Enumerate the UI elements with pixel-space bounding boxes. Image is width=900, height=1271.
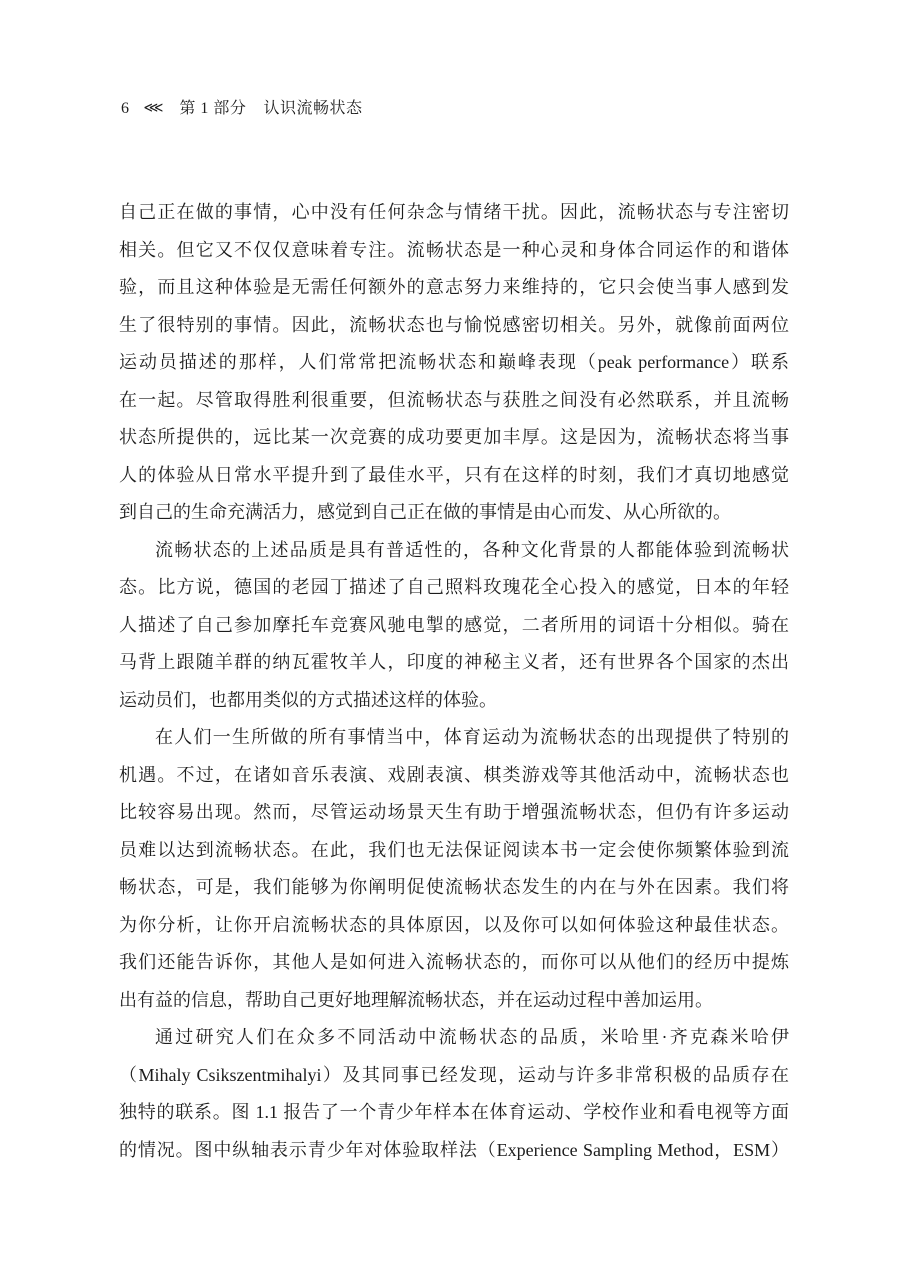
text-line: 在人们一生所做的所有事情当中，体育运动为流畅状态的出现提供了特别的 [119,719,789,757]
text-line: 到自己的生命充满活力，感觉到自己正在做的事情是由心而发、从心所欲的。 [119,494,789,532]
text-line: 通过研究人们在众多不同活动中流畅状态的品质，米哈里·齐克森米哈伊 [119,1019,789,1057]
paragraph-4: 通过研究人们在众多不同活动中流畅状态的品质，米哈里·齐克森米哈伊 （Mihaly… [119,1019,789,1169]
text-line: 流畅状态的上述品质是具有普适性的，各种文化背景的人都能体验到流畅状 [119,532,789,570]
text-line: 我们还能告诉你，其他人是如何进入流畅状态的，而你可以从他们的经历中提炼 [119,944,789,982]
text-line: 态。比方说，德国的老园丁描述了自己照料玫瑰花全心投入的感觉，日本的年轻 [119,569,789,607]
text-line: 出有益的信息，帮助自己更好地理解流畅状态，并在运动过程中善加运用。 [119,982,789,1020]
text-line: 人描述了自己参加摩托车竞赛风驰电掣的感觉，二者所用的词语十分相似。骑在 [119,607,789,645]
text-line: 员难以达到流畅状态。在此，我们也无法保证阅读本书一定会使你频繁体验到流 [119,832,789,870]
text-line: 人的体验从日常水平提升到了最佳水平，只有在这样的时刻，我们才真切地感觉 [119,457,789,495]
text-line: 畅状态，可是，我们能够为你阐明促使流畅状态发生的内在与外在因素。我们将 [119,869,789,907]
paragraph-1: 自己正在做的事情，心中没有任何杂念与情绪干扰。因此，流畅状态与专注密切 相关。但… [119,194,789,532]
paragraph-3: 在人们一生所做的所有事情当中，体育运动为流畅状态的出现提供了特别的 机遇。不过，… [119,719,789,1019]
text-line: 比较容易出现。然而，尽管运动场景天生有助于增强流畅状态，但仍有许多运动 [119,794,789,832]
text-line: 在一起。尽管取得胜利很重要，但流畅状态与获胜之间没有必然联系，并且流畅 [119,382,789,420]
part-title: 认识流畅状态 [263,95,362,118]
text-line: 运动员们，也都用类似的方式描述这样的体验。 [119,682,789,720]
text-line: 验，而且这种体验是无需任何额外的意志努力来维持的，它只会使当事人感到发 [119,269,789,307]
running-header: 6 ⋘ 第 1 部分 认识流畅状态 [121,95,362,118]
triple-chevron-icon: ⋘ [144,100,163,117]
text-line: 为你分析，让你开启流畅状态的具体原因，以及你可以如何体验这种最佳状态。 [119,907,789,945]
text-line: 生了很特别的事情。因此，流畅状态也与愉悦感密切相关。另外，就像前面两位 [119,307,789,345]
text-line: 运动员描述的那样，人们常常把流畅状态和巅峰表现（peak performance… [119,344,789,382]
body-text: 自己正在做的事情，心中没有任何杂念与情绪干扰。因此，流畅状态与专注密切 相关。但… [119,194,789,1169]
text-line: 相关。但它又不仅仅意味着专注。流畅状态是一种心灵和身体合同运作的和谐体 [119,232,789,270]
text-line: 自己正在做的事情，心中没有任何杂念与情绪干扰。因此，流畅状态与专注密切 [119,194,789,232]
text-line: 状态所提供的，远比某一次竞赛的成功要更加丰厚。这是因为，流畅状态将当事 [119,419,789,457]
part-label: 第 1 部分 [179,95,246,118]
text-line: 机遇。不过，在诸如音乐表演、戏剧表演、棋类游戏等其他活动中，流畅状态也 [119,757,789,795]
text-line: 马背上跟随羊群的纳瓦霍牧羊人，印度的神秘主义者，还有世界各个国家的杰出 [119,644,789,682]
page-number: 6 [121,100,130,118]
text-line: 独特的联系。图 1.1 报告了一个青少年样本在体育运动、学校作业和看电视等方面 [119,1094,789,1132]
paragraph-2: 流畅状态的上述品质是具有普适性的，各种文化背景的人都能体验到流畅状 态。比方说，… [119,532,789,720]
text-line: （Mihaly Csikszentmihalyi）及其同事已经发现，运动与许多非… [119,1057,789,1095]
text-line: 的情况。图中纵轴表示青少年对体验取样法（Experience Sampling … [119,1132,789,1170]
book-page: 6 ⋘ 第 1 部分 认识流畅状态 自己正在做的事情，心中没有任何杂念与情绪干扰… [0,0,900,1271]
